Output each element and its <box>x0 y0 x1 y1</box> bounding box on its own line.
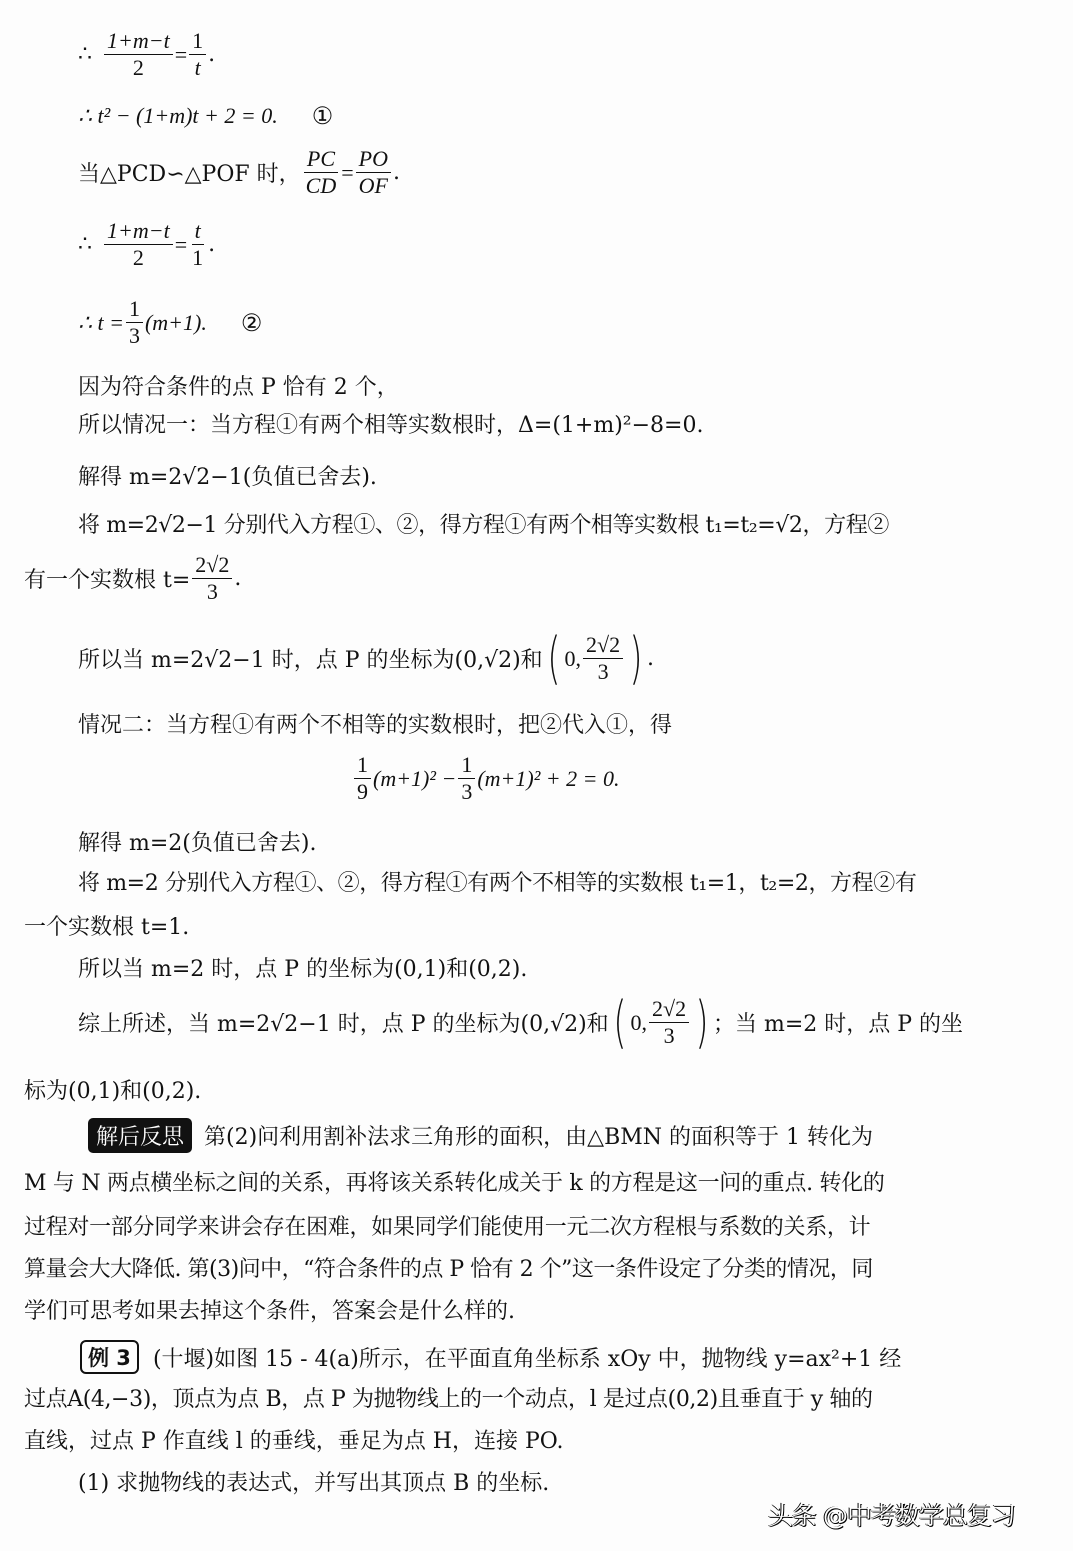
paragraph-text: 综上所述，当 m=2√2−1 时，点 P 的坐标为(0,√2)和 <box>78 1007 609 1038</box>
therefore-symbol: ∴ <box>78 232 92 257</box>
paragraph-text: 解得 m=2(负值已舍去). <box>78 826 316 857</box>
denominator: 1 <box>189 245 206 271</box>
paragraph-text: 将 m=2√2−1 分别代入方程①、②，得方程①有两个相等实数根 t₁=t₂=√… <box>78 508 889 539</box>
denominator: 3 <box>126 323 143 349</box>
period: . <box>647 646 654 671</box>
text-line: 标为(0,1)和(0,2). <box>24 1074 201 1105</box>
paragraph-text: 所以情况一：当方程①有两个相等实数根时，Δ=(1+m)²−8=0. <box>78 408 703 439</box>
equation-text: (m+1)² + 2 = 0. <box>477 766 619 792</box>
denominator: 9 <box>354 779 371 805</box>
equation-line-2: ∴ t² − (1+m)t + 2 = 0. ① <box>78 102 333 130</box>
period: . <box>234 566 241 591</box>
period: . <box>208 42 215 67</box>
numerator: 1+m−t <box>104 218 173 245</box>
fraction: 1+m−t2 <box>104 28 173 81</box>
text-line: 解得 m=2(负值已舍去). <box>78 826 316 857</box>
paragraph-text: ；当 m=2 时，点 P 的坐 <box>713 1007 963 1038</box>
left-paren: ( <box>547 634 560 684</box>
paragraph-text: 直线，过点 P 作直线 l 的垂线，垂足为点 H，连接 PO. <box>24 1424 564 1455</box>
period: . <box>208 232 215 257</box>
example-tag: 例 3 <box>80 1340 139 1374</box>
question-1: (1) 求抛物线的表达式，并写出其顶点 B 的坐标. <box>78 1466 549 1497</box>
paragraph-text: (十堰)如图 15 - 4(a)所示，在平面直角坐标系 xOy 中，抛物线 y=… <box>153 1342 901 1373</box>
right-paren: ) <box>629 634 642 684</box>
coordinate-x: 0, <box>631 1010 648 1036</box>
example-line-1: 例 3 (十堰)如图 15 - 4(a)所示，在平面直角坐标系 xOy 中，抛物… <box>80 1340 901 1374</box>
fraction: PCCD <box>303 146 340 199</box>
paragraph-text: 学们可思考如果去掉这个条件，答案会是什么样的. <box>24 1294 515 1325</box>
paragraph-text: 解得 m=2√2−1(负值已舍去). <box>78 460 377 491</box>
text-line: 情况二：当方程①有两个不相等的实数根时，把②代入①，得 <box>78 708 672 739</box>
text-line: 过点A(4,−3)，顶点为点 B，点 P 为抛物线上的一个动点，l 是过点(0,… <box>24 1382 873 1413</box>
fraction: 2√23 <box>649 996 689 1049</box>
text-line: 将 m=2√2−1 分别代入方程①、②，得方程①有两个相等实数根 t₁=t₂=√… <box>78 508 889 539</box>
text-line: 过程对一部分同学来讲会存在困难，如果同学们能使用一元二次方程根与系数的关系，计 <box>24 1210 870 1241</box>
paragraph-text: 算量会大大降低. 第(3)问中，“符合条件的点 P 恰有 2 个”这一条件设定了… <box>24 1252 873 1283</box>
numerator: 1 <box>458 752 475 779</box>
denominator: OF <box>356 173 391 199</box>
fraction: 13 <box>458 752 475 805</box>
right-paren: ) <box>695 998 708 1048</box>
equation-tag-1: ① <box>312 102 334 130</box>
numerator: 1 <box>354 752 371 779</box>
therefore-symbol: ∴ <box>78 42 92 67</box>
numerator: 1 <box>126 296 143 323</box>
numerator: PO <box>356 146 391 173</box>
denominator: 3 <box>204 579 221 605</box>
equation-text: ∴ t² − (1+m)t + 2 = 0. <box>78 103 278 129</box>
equation-line-4: ∴ 1+m−t2 = t1 . <box>78 218 215 271</box>
equals: = <box>175 232 187 258</box>
similarity-line: 当△PCD∽△POF 时， PCCD = POOF . <box>78 146 400 199</box>
text-line: 所以当 m=2 时，点 P 的坐标为(0,1)和(0,2). <box>78 952 527 983</box>
numerator: 2√2 <box>583 632 623 659</box>
text-line: M 与 N 两点横坐标之间的关系，再将该关系转化成关于 k 的方程是这一问的重点… <box>24 1166 885 1197</box>
fraction: 13 <box>126 296 143 349</box>
equation-text: (m+1). <box>145 310 207 336</box>
period: . <box>393 160 400 185</box>
paragraph-text: 情况二：当方程①有两个不相等的实数根时，把②代入①，得 <box>78 708 672 739</box>
paragraph-text: 所以当 m=2 时，点 P 的坐标为(0,1)和(0,2). <box>78 952 527 983</box>
denominator: 3 <box>661 1023 678 1049</box>
fraction: POOF <box>356 146 391 199</box>
text-line: 所以当 m=2√2−1 时，点 P 的坐标为(0,√2)和 ( 0, 2√23 … <box>78 632 654 685</box>
numerator: 1 <box>189 28 206 55</box>
equals: = <box>341 160 353 186</box>
paragraph-text: 第(2)问利用割补法求三角形的面积，由△BMN 的面积等于 1 转化为 <box>204 1120 873 1151</box>
numerator: 2√2 <box>192 552 232 579</box>
reflection-tag: 解后反思 <box>88 1118 192 1153</box>
equation-line-5: ∴ t = 13 (m+1). ② <box>78 296 262 349</box>
paragraph-text: 所以当 m=2√2−1 时，点 P 的坐标为(0,√2)和 <box>78 643 543 674</box>
text-line: 解得 m=2√2−1(负值已舍去). <box>78 460 377 491</box>
numerator: 1+m−t <box>104 28 173 55</box>
centered-equation: 19 (m+1)² − 13 (m+1)² + 2 = 0. <box>352 752 620 805</box>
similarity-text: 当△PCD∽△POF 时， <box>78 157 301 188</box>
fraction: 19 <box>354 752 371 805</box>
fraction: 1+m−t2 <box>104 218 173 271</box>
watermark: 头条 @中考数学总复习 <box>768 1496 1073 1532</box>
denominator: 2 <box>130 55 147 81</box>
denominator: 2 <box>130 245 147 271</box>
fraction: t1 <box>189 218 206 271</box>
paragraph-text: 标为(0,1)和(0,2). <box>24 1074 201 1105</box>
numerator: t <box>192 218 204 245</box>
denominator: t <box>192 55 204 81</box>
equation-text: ∴ t = <box>78 310 124 336</box>
text-line: 所以情况一：当方程①有两个相等实数根时，Δ=(1+m)²−8=0. <box>78 408 703 439</box>
reflection-line-1: 解后反思 第(2)问利用割补法求三角形的面积，由△BMN 的面积等于 1 转化为 <box>88 1118 873 1153</box>
text-line: 有一个实数根 t= 2√23 . <box>24 552 241 605</box>
fraction: 1t <box>189 28 206 81</box>
paragraph-text: 将 m=2 分别代入方程①、②，得方程①有两个不相等的实数根 t₁=1，t₂=2… <box>78 866 916 897</box>
equation-text: (m+1)² − <box>373 766 456 792</box>
equation-line-1: ∴ 1+m−t2 = 1t . <box>78 28 215 81</box>
paragraph-text: 因为符合条件的点 P 恰有 2 个， <box>78 370 399 401</box>
text-line: 算量会大大降低. 第(3)问中，“符合条件的点 P 恰有 2 个”这一条件设定了… <box>24 1252 873 1283</box>
paragraph-text: M 与 N 两点横坐标之间的关系，再将该关系转化成关于 k 的方程是这一问的重点… <box>24 1166 885 1197</box>
text-line: 因为符合条件的点 P 恰有 2 个， <box>78 370 399 401</box>
denominator: 3 <box>595 659 612 685</box>
paragraph-text: 过点A(4,−3)，顶点为点 B，点 P 为抛物线上的一个动点，l 是过点(0,… <box>24 1382 873 1413</box>
text-line: 将 m=2 分别代入方程①、②，得方程①有两个不相等的实数根 t₁=1，t₂=2… <box>78 866 916 897</box>
text-line: 学们可思考如果去掉这个条件，答案会是什么样的. <box>24 1294 515 1325</box>
fraction: 2√23 <box>583 632 623 685</box>
equals: = <box>175 42 187 68</box>
paragraph-text: 有一个实数根 t= <box>24 563 190 594</box>
fraction: 2√23 <box>192 552 232 605</box>
summary-line: 综上所述，当 m=2√2−1 时，点 P 的坐标为(0,√2)和 ( 0, 2√… <box>78 996 963 1049</box>
denominator: CD <box>303 173 340 199</box>
paragraph-text: 一个实数根 t=1. <box>24 910 189 941</box>
numerator: PC <box>304 146 338 173</box>
left-paren: ( <box>613 998 626 1048</box>
paragraph-text: 过程对一部分同学来讲会存在困难，如果同学们能使用一元二次方程根与系数的关系，计 <box>24 1210 870 1241</box>
text-line: 直线，过点 P 作直线 l 的垂线，垂足为点 H，连接 PO. <box>24 1424 564 1455</box>
denominator: 3 <box>458 779 475 805</box>
numerator: 2√2 <box>649 996 689 1023</box>
paragraph-text: (1) 求抛物线的表达式，并写出其顶点 B 的坐标. <box>78 1466 549 1497</box>
coordinate-x: 0, <box>565 646 582 672</box>
equation-tag-2: ② <box>241 309 263 337</box>
text-line: 一个实数根 t=1. <box>24 910 189 941</box>
